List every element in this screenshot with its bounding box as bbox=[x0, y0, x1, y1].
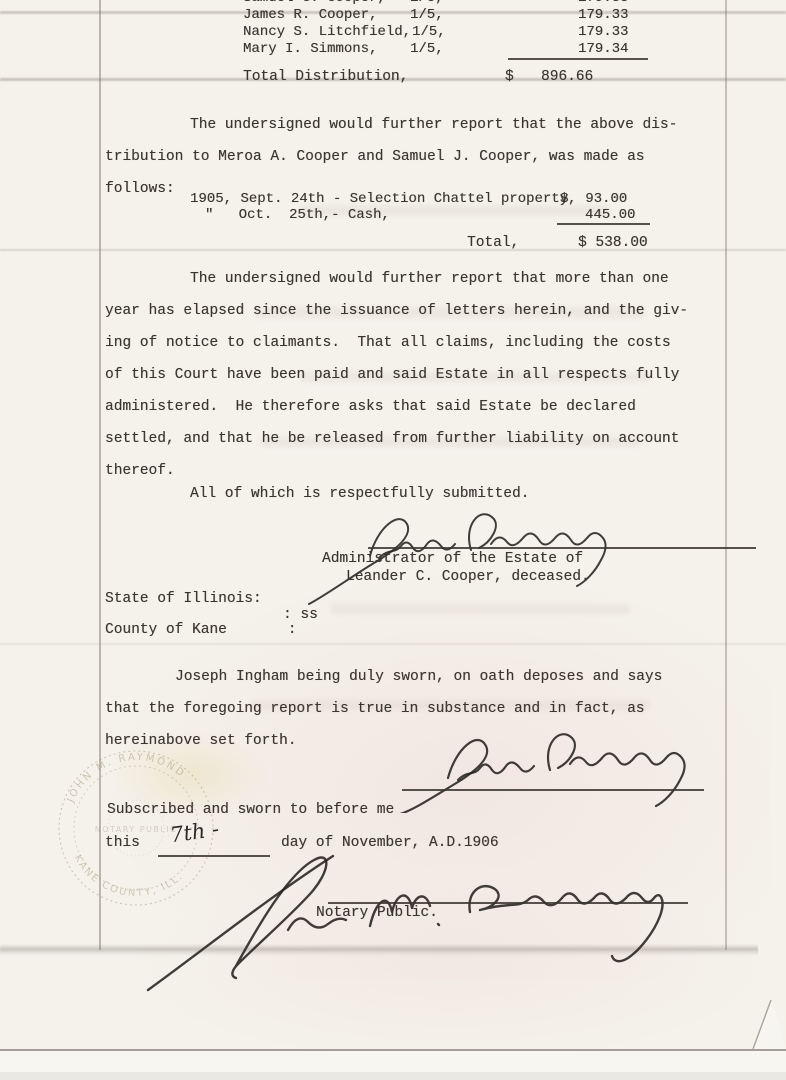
fold-crease-middle bbox=[0, 249, 786, 251]
administrator-title-line-2: Leander C. Cooper, deceased. bbox=[346, 568, 590, 586]
total-distribution-label: Total Distribution, bbox=[243, 68, 408, 86]
distribution-row-amount: 179.33 bbox=[578, 24, 628, 41]
distribution-row-name: Mary I. Simmons, bbox=[243, 41, 377, 58]
dollar-sign: $ bbox=[505, 68, 514, 86]
underlying-sheet bbox=[0, 1051, 786, 1072]
distribution-row-share: 1/5, bbox=[412, 24, 446, 41]
total-distribution-amount: 896.66 bbox=[541, 68, 593, 86]
seal-center-text: NOTARY PUBLIC bbox=[95, 825, 178, 834]
schedule-line-2: " Oct. 25th,- Cash, bbox=[205, 207, 390, 224]
underlying-sheet-shadow bbox=[0, 1072, 786, 1080]
distribution-row-amount: 179.33 bbox=[578, 7, 628, 24]
schedule-total-amount: $ 538.00 bbox=[578, 234, 648, 252]
distribution-row-share: 1/5, bbox=[410, 7, 444, 24]
notary-line-1: Subscribed and sworn to before me bbox=[107, 801, 394, 819]
signature-joseph-ingham-affiant bbox=[390, 718, 720, 813]
schedule-line-1: 1905, Sept. 24th - Selection Chattel pro… bbox=[190, 191, 576, 208]
fold-crease-top bbox=[0, 11, 786, 14]
schedule-total-label: Total, bbox=[467, 234, 519, 252]
venue-state-line: State of Illinois: bbox=[105, 590, 262, 608]
corner-fold bbox=[735, 990, 786, 1052]
schedule-total-rule bbox=[557, 223, 650, 225]
scanned-document: JOHN M. RAYMOND KANE COUNTY, ILL. NOTARY… bbox=[0, 0, 786, 1080]
distribution-row-name: Nancy S. Litchfield, bbox=[243, 24, 411, 41]
notary-title: Notary Public. bbox=[316, 904, 438, 922]
schedule-line-1-amount: $ 93.00 bbox=[560, 191, 627, 208]
venue-county-line: County of Kane : bbox=[105, 621, 296, 639]
administrator-title-line-1: Administrator of the Estate of bbox=[322, 550, 583, 568]
distribution-row-name: Samuel G. Cooper, bbox=[243, 0, 386, 7]
schedule-line-2-amount: 445.00 bbox=[585, 207, 635, 224]
distribution-row-amount: 179.34 bbox=[578, 41, 628, 58]
distribution-row-amount: 179.33 bbox=[578, 0, 628, 7]
table-total-rule bbox=[508, 58, 648, 60]
distribution-row-share: 1/5, bbox=[410, 0, 444, 7]
report-paragraph-2: The undersigned would further report tha… bbox=[105, 263, 753, 487]
distribution-row-name: James R. Cooper, bbox=[243, 7, 377, 24]
signature-underline bbox=[368, 547, 756, 549]
signature-underline bbox=[402, 789, 704, 791]
seal-arc-top-text: JOHN M. RAYMOND bbox=[65, 752, 187, 805]
distribution-row-share: 1/5, bbox=[410, 41, 444, 58]
